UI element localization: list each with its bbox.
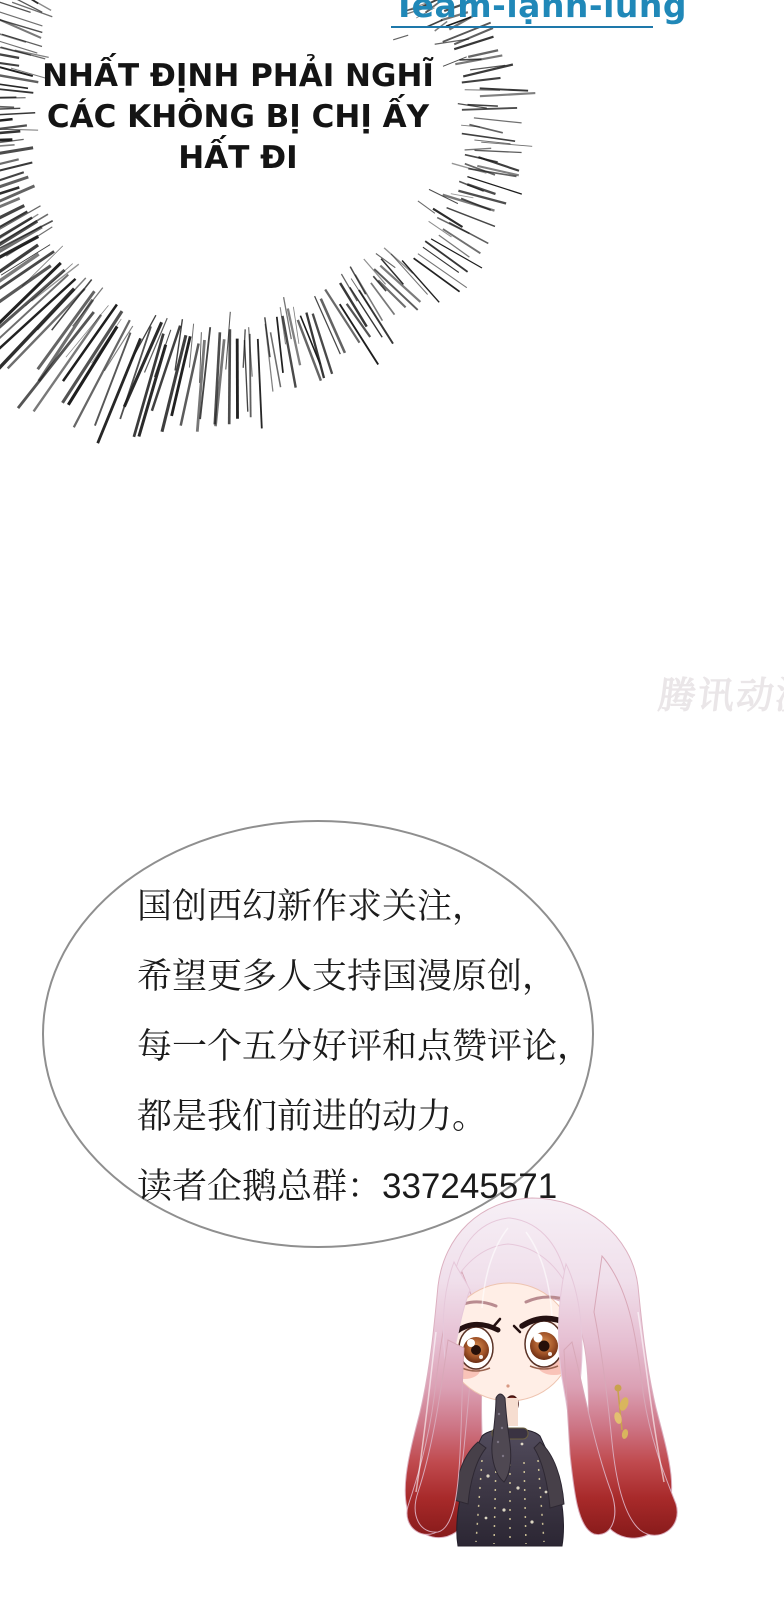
announcement-line-3: 每一个五分好评和点赞评论， xyxy=(137,1012,592,1082)
announcement-text: 国创西幻新作求关注， 希望更多人支持国漫原创， 每一个五分好评和点赞评论， 都是… xyxy=(137,872,592,1222)
team-watermark-text: Team-lạnh-lùng xyxy=(393,0,687,25)
shout-line-2: CÁC KHÔNG BỊ CHỊ ẤY xyxy=(28,97,448,138)
tencent-watermark: 腾讯动漫 xyxy=(656,665,784,719)
comic-page: Team-lạnh-lùng NHẤT ĐỊNH PHẢI NGHĨ CÁC K… xyxy=(0,0,784,1618)
shout-line-3: HẤT ĐI xyxy=(28,138,448,179)
nose xyxy=(506,1384,509,1387)
announcement-bubble: 国创西幻新作求关注， 希望更多人支持国漫原创， 每一个五分好评和点赞评论， 都是… xyxy=(42,820,594,1248)
shout-line-1: NHẤT ĐỊNH PHẢI NGHĨ xyxy=(28,56,448,97)
chibi-girl-illustration xyxy=(396,1192,692,1548)
team-watermark-underline xyxy=(391,26,653,28)
announcement-line-4: 都是我们前进的动力。 xyxy=(137,1082,592,1152)
announcement-line-2: 希望更多人支持国漫原创， xyxy=(137,942,592,1012)
shout-bubble: NHẤT ĐỊNH PHẢI NGHĨ CÁC KHÔNG BỊ CHỊ ẤY … xyxy=(28,56,448,179)
announcement-line-1: 国创西幻新作求关注， xyxy=(137,872,592,942)
